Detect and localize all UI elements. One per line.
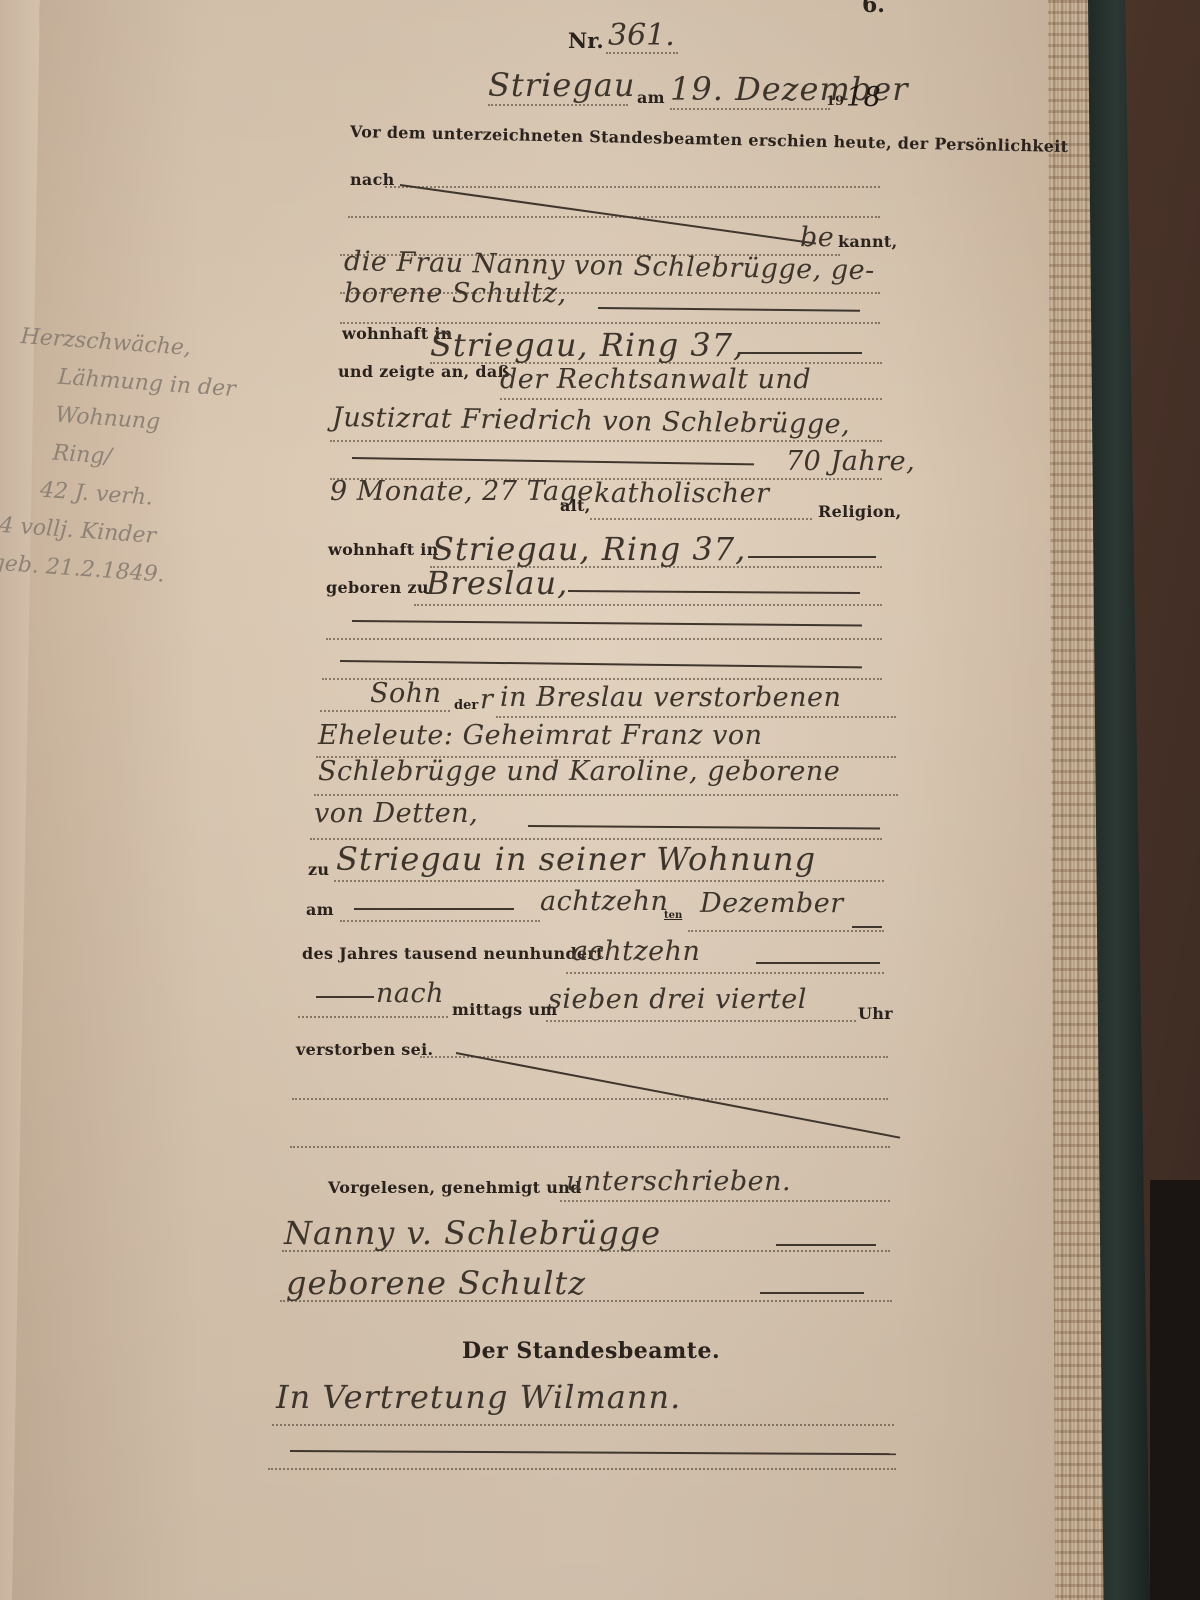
death-day: achtzehn [540,886,668,917]
informant-residence: Striegau, Ring 37, [430,326,744,364]
parents-line-3: Schlebrügge und Karoline, geborene [318,756,840,787]
parents-line-4: von Detten, [314,798,478,829]
uhr-label: Uhr [858,1004,893,1023]
death-place: Striegau in seiner Wohnung [336,840,816,878]
death-time-words: sieben drei viertel [548,984,807,1015]
deceased-desc-1: der Rechtsanwalt und [500,364,811,395]
deceased-age-rest: 9 Monate, 27 Tage [330,476,594,507]
year-suffix: 18 [846,82,881,113]
informant-signature-2: geborene Schultz [286,1264,586,1302]
registrar-signature: In Vertretung Wilmann. [276,1378,681,1416]
photo-scene: 6. Nr. 361. Striegau am 19. Dezember 19 … [0,0,1200,1600]
zeigte-an-label: und zeigte an, daß [338,362,510,381]
mittags-label: mittags um [452,1000,557,1019]
bekannt-prefix: be [800,222,834,253]
ten-suffix: ten [664,910,682,921]
death-year-words: achtzehn [572,936,700,967]
margin-note: Herzschwäche, Lähmung in der Wohnung Rin… [3,318,239,599]
page-corner-mark: 6. [862,0,885,18]
der-label: der [454,698,478,713]
religion-label: Religion, [818,502,901,521]
vorgelesen-label: Vorgelesen, genehmigt und [328,1178,582,1197]
parents-line-1: in Breslau verstorbenen [500,682,841,713]
informant-name-2: borene Schultz, [344,278,567,309]
zu-label: zu [308,860,329,879]
registrar-title: Der Standesbeamte. [462,1338,720,1364]
deceased-wohnhaft-label: wohnhaft in [328,540,439,559]
der-suffix: r [480,684,493,715]
deceased-birthplace: Breslau, [426,564,568,602]
am-label: am [637,88,665,107]
am-death-label: am [306,900,334,919]
table-surface [1150,1180,1200,1600]
alt-label: alt, [560,496,591,515]
time-prefix: nach [376,978,444,1009]
entry-number-label: Nr. [568,28,604,53]
deceased-residence: Striegau, Ring 37, [432,530,746,568]
deceased-religion: katholischer [594,478,769,509]
entry-number: 361. [608,18,675,53]
jahres-label: des Jahres tausend neunhundert [302,944,604,963]
bekannt-label: kannt, [838,232,897,251]
death-month: Dezember [700,888,844,919]
informant-signature-1: Nanny v. Schlebrügge [284,1214,661,1252]
geboren-label: geboren zu [326,578,429,597]
deceased-age-years: 70 Jahre, [786,446,915,477]
parents-line-2: Eheleute: Geheimrat Franz von [318,720,763,751]
record-place: Striegau [488,66,635,104]
sohn-word: Sohn [370,678,442,709]
unterschrieben: unterschrieben. [566,1166,791,1197]
year-prefix: 19 [826,94,844,109]
verstorben-label: verstorben sei. [296,1040,433,1059]
